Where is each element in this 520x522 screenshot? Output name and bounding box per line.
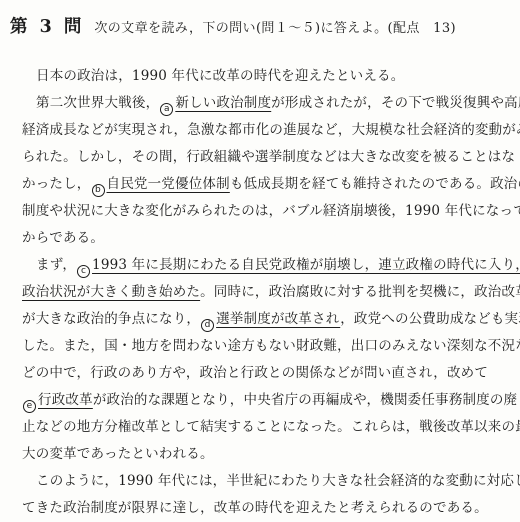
annotation-mark-d: d xyxy=(201,319,214,332)
text-line-9: 政治状況が大きく動き始めた。同時に，政治腐敗に対する批判を契機に，政治改革 xyxy=(22,279,508,306)
text-line-15: 大の変革であったといわれる。 xyxy=(22,441,508,468)
text-line-5: かったし，b自民党一党優位体制も低成長期を経ても維持されたのである。政治の xyxy=(22,171,508,198)
text-segment: 制度や状況に大きな変化がみられたのは，バブル経済崩壊後，1990 年代になって xyxy=(22,203,520,219)
annotation-mark-c: c xyxy=(77,265,90,278)
underlined-passage: 1993 年に長期にわたる自民党政権が崩壊し，連立政権の時代に入り， xyxy=(92,257,520,273)
text-line-11: した。また，国・地方を問わない途方もない財政難，出口のみえない深刻な不況な xyxy=(22,333,508,360)
passage-body: 日本の政治は，1990 年代に改革の時代を迎えたといえる。第二次世界大戦後，a新… xyxy=(10,63,510,522)
text-line-7: からである。 xyxy=(22,225,508,252)
text-segment: が大きな政治的争点になり， xyxy=(22,311,200,327)
question-header: 第 3 問 次の文章を読み，下の問い(問１～５)に答えよ。(配点 13) xyxy=(10,13,510,38)
annotation-mark-b: b xyxy=(92,184,105,197)
text-segment: からである。 xyxy=(22,230,104,246)
exam-page: 第 3 問 次の文章を読み，下の問い(問１～５)に答えよ。(配点 13) 日本の… xyxy=(0,0,520,522)
text-line-16: このように，1990 年代には，半世紀にわたり大きな社会経済的な変動に対応し xyxy=(22,468,508,495)
text-segment: られた。しかし，その間，行政組織や選挙制度などは大きな改変を被ることはな xyxy=(22,149,515,165)
text-segment: した。また，国・地方を問わない途方もない財政難，出口のみえない深刻な不況な xyxy=(22,338,520,354)
text-segment: 経済成長などが実現され，急激な都市化の進展など，大規模な社会経済的変動がみ xyxy=(22,122,520,138)
text-line-6: 制度や状況に大きな変化がみられたのは，バブル経済崩壊後，1990 年代になって xyxy=(22,198,508,225)
text-segment: かったし， xyxy=(22,176,91,192)
text-line-10: が大きな政治的争点になり，d選挙制度が改革され，政党への公費助成なども実現 xyxy=(22,306,508,333)
underlined-passage: 選挙制度が改革され xyxy=(216,311,340,327)
text-line-8: まず，c1993 年に長期にわたる自民党政権が崩壊し，連立政権の時代に入り， xyxy=(22,252,508,279)
question-instruction: 次の文章を読み，下の問い(問１～５)に答えよ。(配点 13) xyxy=(94,17,456,36)
text-line-12: どの中で，行政のあり方や，政治と行政との関係などが問い直され，改めて xyxy=(22,360,508,387)
text-line-2: 第二次世界大戦後，a新しい政治制度が形成されたが，その下で戦災復興や高度 xyxy=(22,90,508,117)
underlined-passage: 自民党一党優位体制 xyxy=(107,176,230,192)
annotation-mark-a: a xyxy=(160,103,173,116)
annotation-mark-e: e xyxy=(23,400,36,413)
text-segment: 大の変革であったといわれる。 xyxy=(22,446,214,462)
text-segment: が形成されたが，その下で戦災復興や高度 xyxy=(271,95,520,111)
underlined-passage: 政治状況が大きく動き始めた xyxy=(22,284,200,300)
text-segment: どの中で，行政のあり方や，政治と行政との関係などが問い直され，改めて xyxy=(22,365,488,381)
question-number-label: 第 3 問 xyxy=(10,13,84,38)
text-segment: 日本の政治は，1990 年代に改革の時代を迎えたといえる。 xyxy=(36,68,404,84)
text-segment: 第二次世界大戦後， xyxy=(36,95,159,111)
underlined-passage: 新しい政治制度 xyxy=(175,95,271,111)
text-line-1: 日本の政治は，1990 年代に改革の時代を迎えたといえる。 xyxy=(22,63,508,90)
text-segment: 止などの地方分権改革として結実することになった。これらは，戦後改革以来の最 xyxy=(22,419,520,435)
text-segment: 。同時に，政治腐敗に対する批判を契機に，政治改革 xyxy=(200,284,520,300)
text-segment: も低成長期を経ても維持されたのである。政治の xyxy=(230,176,520,192)
text-segment: このように，1990 年代には，半世紀にわたり大きな社会経済的な変動に対応し xyxy=(36,473,520,489)
underlined-passage: 行政改革 xyxy=(38,392,93,408)
text-segment: まず， xyxy=(36,257,76,273)
text-segment: ，政党への公費助成なども実現 xyxy=(340,311,520,327)
text-line-4: られた。しかし，その間，行政組織や選挙制度などは大きな改変を被ることはな xyxy=(22,144,508,171)
text-line-17: てきた政治制度が限界に達し，改革の時代を迎えたと考えられるのである。 xyxy=(22,495,508,522)
text-line-13: e行政改革が政治的な課題となり，中央省庁の再編成や，機関委任事務制度の廃 xyxy=(22,387,508,414)
text-segment: が政治的な課題となり，中央省庁の再編成や，機関委任事務制度の廃 xyxy=(93,392,517,408)
text-line-14: 止などの地方分権改革として結実することになった。これらは，戦後改革以来の最 xyxy=(22,414,508,441)
text-line-3: 経済成長などが実現され，急激な都市化の進展など，大規模な社会経済的変動がみ xyxy=(22,117,508,144)
text-segment: てきた政治制度が限界に達し，改革の時代を迎えたと考えられるのである。 xyxy=(22,500,488,516)
